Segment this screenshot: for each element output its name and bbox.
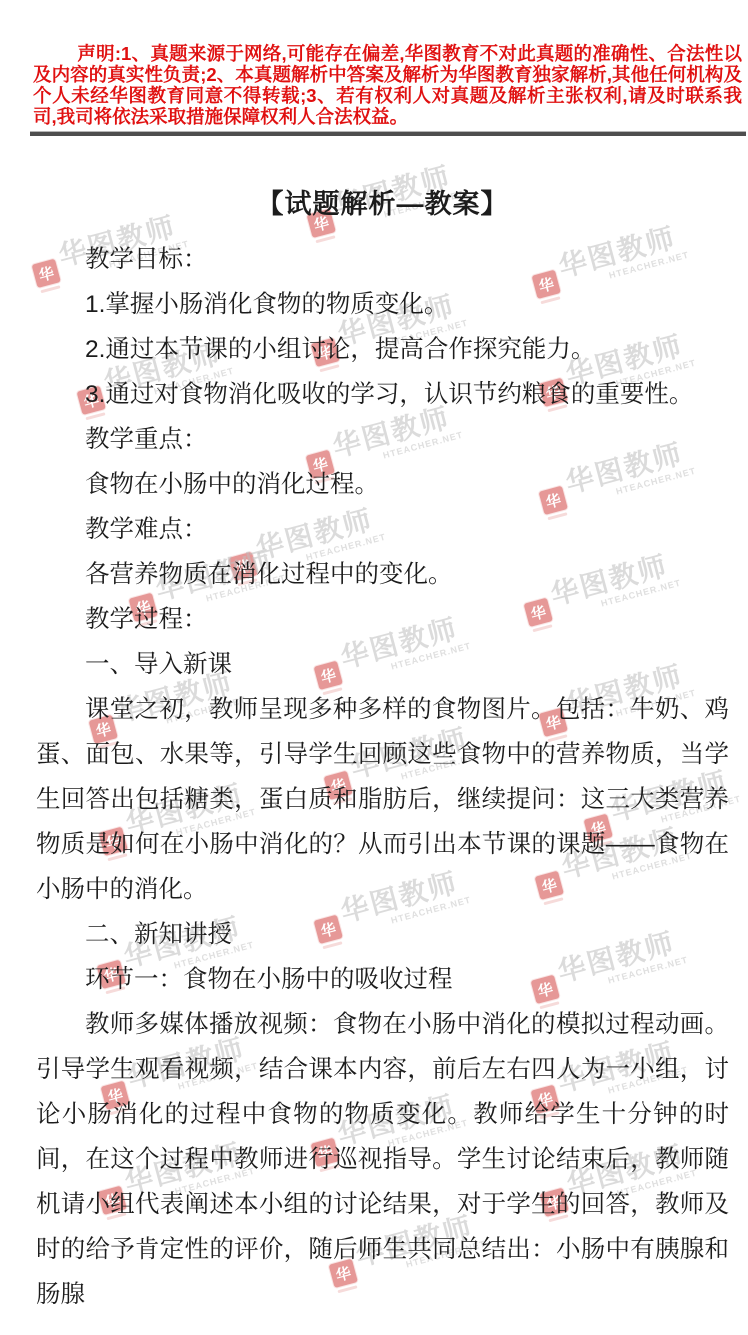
- teaching-objectives-heading: 教学目标：: [36, 237, 729, 282]
- document-content: 声明:1、真题来源于网络,可能存在偏差,华图教育不对此真题的准确性、合法性以及内…: [0, 0, 748, 1317]
- teaching-difficult-points-text: 各营养物质在消化过程中的变化。: [36, 552, 729, 597]
- section-2-paragraph: 教师多媒体播放视频：食物在小肠中消化的模拟过程动画。引导学生观看视频，结合课本内…: [36, 1002, 729, 1317]
- teaching-key-points-text: 食物在小肠中的消化过程。: [36, 462, 729, 507]
- disclaimer-paragraph: 声明:1、真题来源于网络,可能存在偏差,华图教育不对此真题的准确性、合法性以及内…: [33, 0, 742, 127]
- horizontal-divider: [30, 131, 746, 136]
- teaching-process-heading: 教学过程：: [36, 597, 729, 642]
- teaching-difficult-points-heading: 教学难点：: [36, 507, 729, 552]
- disclaimer-text: 1、真题来源于网络,可能存在偏差,华图教育不对此真题的准确性、合法性以及内容的真…: [33, 43, 742, 127]
- objective-item-3: 3.通过对食物消化吸收的学习，认识节约粮食的重要性。: [36, 372, 729, 417]
- section-2-heading: 二、新知讲授: [36, 912, 729, 957]
- document-page: 华华图教师HTEACHER.NET华华图教师HTEACHER.NET华华图教师H…: [0, 0, 748, 1335]
- objective-item-2: 2.通过本节课的小组讨论，提高合作探究能力。: [36, 327, 729, 372]
- page-title: 【试题解析—教案】: [36, 184, 729, 224]
- section-2-step-1-heading: 环节一：食物在小肠中的吸收过程: [36, 957, 729, 1002]
- objective-item-1: 1.掌握小肠消化食物的物质变化。: [36, 282, 729, 327]
- document-body: 教学目标：1.掌握小肠消化食物的物质变化。2.通过本节课的小组讨论，提高合作探究…: [36, 237, 729, 1317]
- section-1-paragraph: 课堂之初，教师呈现多种多样的食物图片。包括：牛奶、鸡蛋、面包、水果等，引导学生回…: [36, 687, 729, 912]
- section-1-heading: 一、导入新课: [36, 642, 729, 687]
- teaching-key-points-heading: 教学重点：: [36, 417, 729, 462]
- disclaimer-label: 声明:: [77, 43, 121, 64]
